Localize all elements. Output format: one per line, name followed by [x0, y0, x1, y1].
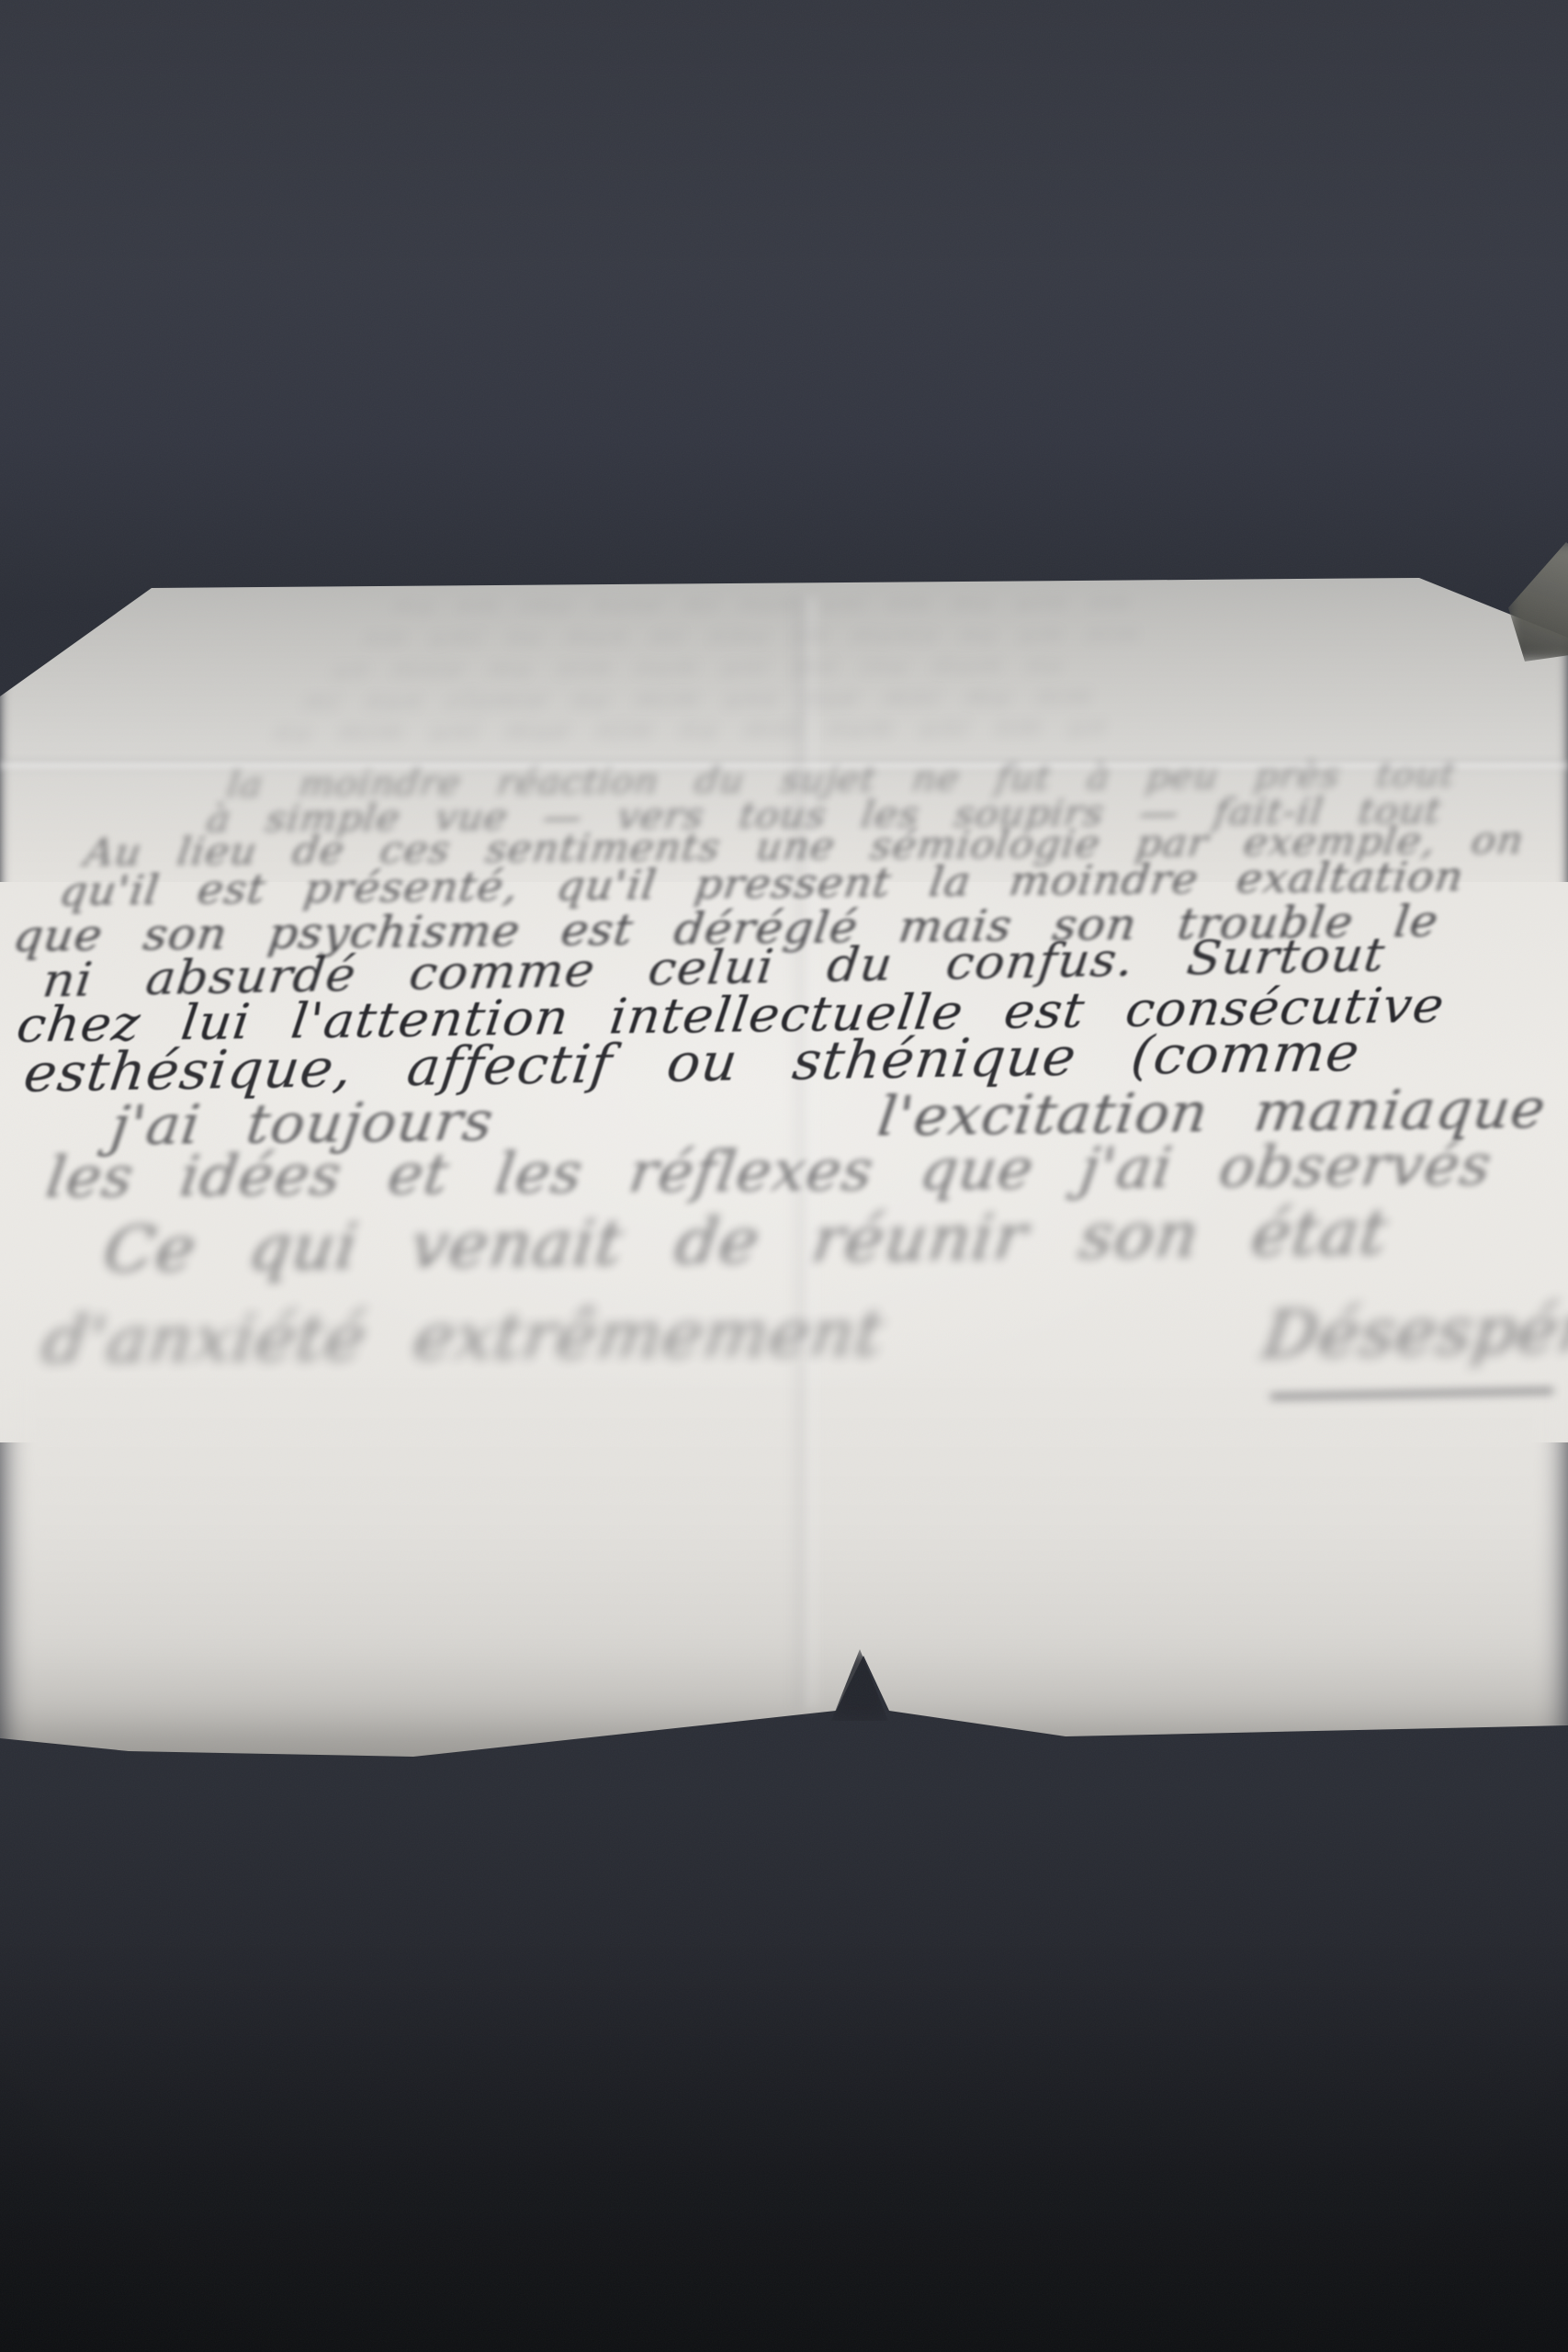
- photograph: mu nm imu nune mi num uni nm mu uim nmnm…: [0, 0, 1568, 2352]
- vignette-overlay: [0, 0, 1568, 2352]
